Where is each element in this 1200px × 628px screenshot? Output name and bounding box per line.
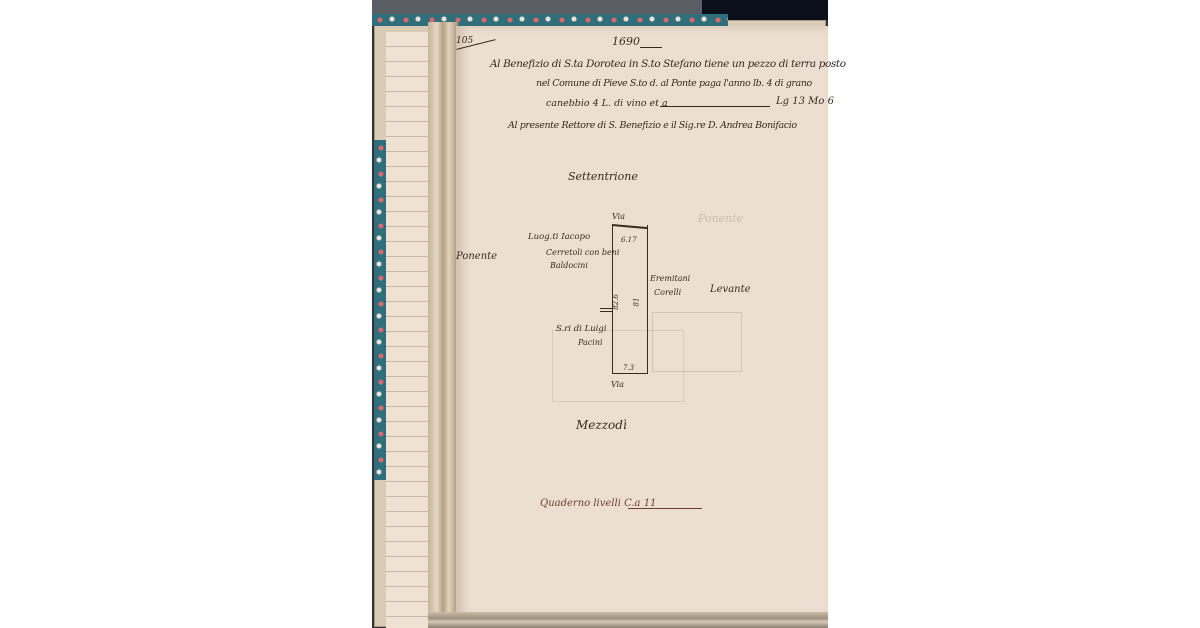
ruled-ledger-page — [386, 32, 429, 628]
north-label: Settentrione — [568, 170, 638, 183]
bottom-road-label: Via — [611, 380, 624, 389]
west-label: Ponente — [456, 251, 497, 262]
east-neighbor-2: Corelli — [654, 288, 681, 297]
west-neighbor-upper-1: Luog.ti Iacopo — [528, 232, 590, 242]
book-bottom-edge — [428, 612, 828, 628]
top-measure: 6.17 — [621, 236, 637, 244]
south-label: Mezzodì — [576, 418, 627, 432]
header-line-3: canebbio 4 L. di vino et a — [546, 98, 668, 109]
west-neighbor-upper-2: Cerretoli con beni — [546, 248, 620, 257]
footer-underline — [628, 508, 702, 509]
west-neighbor-lower-2: Pacini — [578, 338, 603, 347]
right-side-measure: 81 — [632, 298, 640, 307]
header-line-1: Al Benefizio di S.ta Dorotea in S.to Ste… — [490, 58, 846, 70]
west-neighbor-upper-3: Baldocini — [550, 261, 588, 270]
header-line-2: nel Comune di Pieve S.to d. al Ponte pag… — [536, 78, 812, 89]
year-underline — [640, 47, 662, 48]
header-amount: Lg 13 Mo 6 — [776, 96, 834, 107]
west-neighbor-lower-1: S.ri di Luigi — [556, 324, 607, 334]
owner-line: Al presente Rettore di S. Benefizio e il… — [508, 120, 797, 131]
scanned-ledger-image — [372, 0, 828, 628]
bleed-through-text: Ponente — [698, 212, 743, 225]
top-road-label: Via — [612, 212, 625, 221]
page-edges-stack — [428, 22, 458, 622]
boundary-tick — [600, 308, 612, 309]
east-neighbor-1: Eremitani — [650, 274, 690, 283]
bottom-measure: 7.3 — [623, 364, 634, 372]
marbled-endpaper-top — [372, 14, 728, 26]
boundary-tick-2 — [600, 311, 612, 312]
left-side-measure: 82.6 — [612, 294, 620, 310]
year-heading: 1690 — [612, 35, 640, 48]
header-dash — [660, 106, 770, 107]
east-label: Levante — [710, 284, 751, 295]
